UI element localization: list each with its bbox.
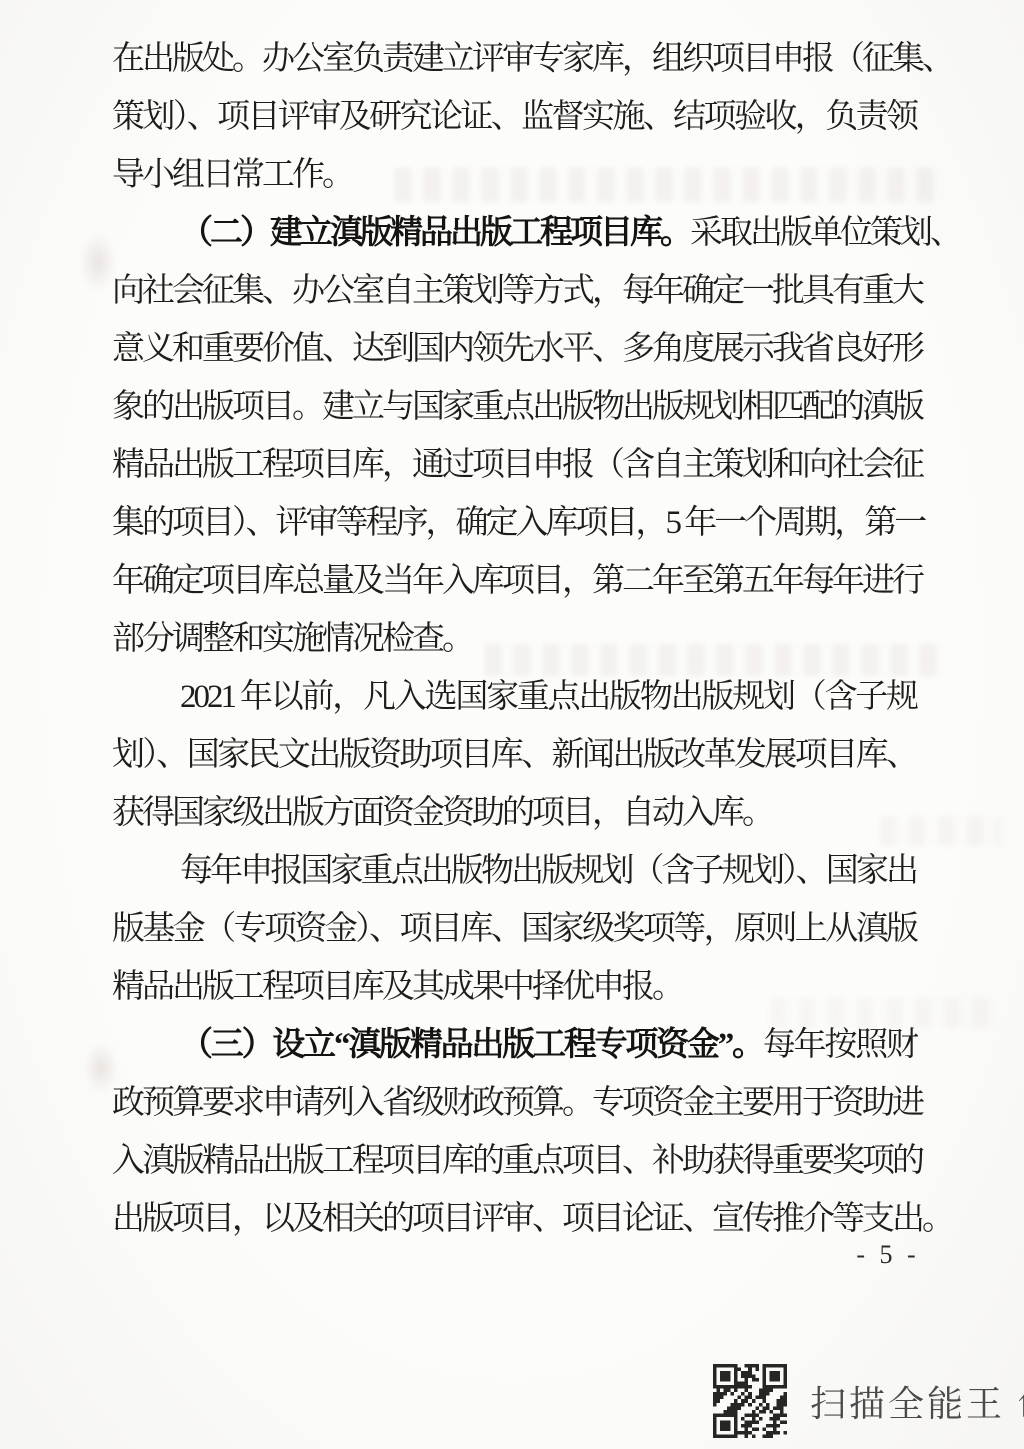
- body-text-segment: 2021 年以前，凡入选国家重点出版物出版规划（含子规: [180, 679, 916, 715]
- body-text-segment: 在出版处。办公室负责建立评审专家库，组织项目申报（征集、: [112, 41, 952, 77]
- body-text-segment: 政预算要求申请列入省级财政预算。专项资金主要用于资助进: [112, 1085, 922, 1121]
- body-text-segment: 版基金（专项资金）、项目库、国家级奖项等，原则上从滇版: [112, 911, 916, 947]
- section-heading-segment: （二）建立滇版精品出版工程项目库。: [180, 215, 690, 251]
- text-line: 精品出版工程项目库及其成果中择优申报。: [112, 958, 916, 1016]
- body-text-segment: 意义和重要价值、达到国内领先水平、多角度展示我省良好形: [112, 331, 922, 367]
- text-line: （二）建立滇版精品出版工程项目库。采取出版单位策划、: [112, 204, 916, 262]
- text-line: 年确定项目库总量及当年入库项目，第二年至第五年每年进行: [112, 552, 916, 610]
- text-line: 2021 年以前，凡入选国家重点出版物出版规划（含子规: [112, 668, 916, 726]
- scanner-footer: 扫描全能王 创建: [712, 1364, 1024, 1438]
- text-line: 每年申报国家重点出版物出版规划（含子规划）、国家出: [112, 842, 916, 900]
- text-line: 在出版处。办公室负责建立评审专家库，组织项目申报（征集、: [112, 30, 916, 88]
- scanner-caption: 扫描全能王 创建: [810, 1376, 1024, 1427]
- text-line: 出版项目，以及相关的项目评审、项目论证、宣传推介等支出。: [112, 1190, 916, 1248]
- document-page: 在出版处。办公室负责建立评审专家库，组织项目申报（征集、策划）、项目评审及研究论…: [0, 0, 1024, 1449]
- text-line: 象的出版项目。建立与国家重点出版物出版规划相匹配的滇版: [112, 378, 916, 436]
- qr-code-icon: [712, 1364, 788, 1438]
- bleed-through-smudge: [80, 232, 116, 292]
- text-line: 获得国家级出版方面资金资助的项目，自动入库。: [112, 784, 916, 842]
- body-text-segment: 精品出版工程项目库，通过项目申报（含自主策划和向社会征: [112, 447, 922, 483]
- body-text-segment: 划）、国家民文出版资助项目库、新闻出版改革发展项目库、: [112, 737, 916, 773]
- text-line: 精品出版工程项目库，通过项目申报（含自主策划和向社会征: [112, 436, 916, 494]
- text-line: 划）、国家民文出版资助项目库、新闻出版改革发展项目库、: [112, 726, 916, 784]
- page-number: - 5 -: [848, 1240, 928, 1270]
- body-text-segment: 每年申报国家重点出版物出版规划（含子规划）、国家出: [180, 853, 916, 889]
- body-text-segment: 每年按照财: [763, 1027, 916, 1063]
- body-text-segment: 采取出版单位策划、: [690, 215, 960, 251]
- text-line: 向社会征集、办公室自主策划等方式，每年确定一批具有重大: [112, 262, 916, 320]
- text-line: 导小组日常工作。: [112, 146, 916, 204]
- text-line: 政预算要求申请列入省级财政预算。专项资金主要用于资助进: [112, 1074, 916, 1132]
- text-line: 入滇版精品出版工程项目库的重点项目、补助获得重要奖项的: [112, 1132, 916, 1190]
- text-line: 部分调整和实施情况检查。: [112, 610, 916, 668]
- text-line: （三）设立“滇版精品出版工程专项资金”。每年按照财: [112, 1016, 916, 1074]
- text-line: 集的项目）、评审等程序，确定入库项目，5 年一个周期，第一: [112, 494, 916, 552]
- section-heading-segment: （三）设立“滇版精品出版工程专项资金”。: [180, 1027, 763, 1063]
- body-text-segment: 导小组日常工作。: [112, 157, 352, 193]
- body-text-segment: 象的出版项目。建立与国家重点出版物出版规划相匹配的滇版: [112, 389, 922, 425]
- text-line: 意义和重要价值、达到国内领先水平、多角度展示我省良好形: [112, 320, 916, 378]
- body-text-segment: 集的项目）、评审等程序，确定入库项目，5 年一个周期，第一: [112, 505, 924, 541]
- body-text-segment: 获得国家级出版方面资金资助的项目，自动入库。: [112, 795, 772, 831]
- body-text-segment: 向社会征集、办公室自主策划等方式，每年确定一批具有重大: [112, 273, 922, 309]
- body-text-segment: 精品出版工程项目库及其成果中择优申报。: [112, 969, 682, 1005]
- body-text-segment: 策划）、项目评审及研究论证、监督实施、结项验收，负责领: [112, 99, 916, 135]
- document-body: 在出版处。办公室负责建立评审专家库，组织项目申报（征集、策划）、项目评审及研究论…: [112, 30, 916, 1248]
- body-text-segment: 入滇版精品出版工程项目库的重点项目、补助获得重要奖项的: [112, 1143, 922, 1179]
- body-text-segment: 年确定项目库总量及当年入库项目，第二年至第五年每年进行: [112, 563, 922, 599]
- body-text-segment: 部分调整和实施情况检查。: [112, 621, 472, 657]
- text-line: 策划）、项目评审及研究论证、监督实施、结项验收，负责领: [112, 88, 916, 146]
- text-line: 版基金（专项资金）、项目库、国家级奖项等，原则上从滇版: [112, 900, 916, 958]
- body-text-segment: 出版项目，以及相关的项目评审、项目论证、宣传推介等支出。: [112, 1201, 952, 1237]
